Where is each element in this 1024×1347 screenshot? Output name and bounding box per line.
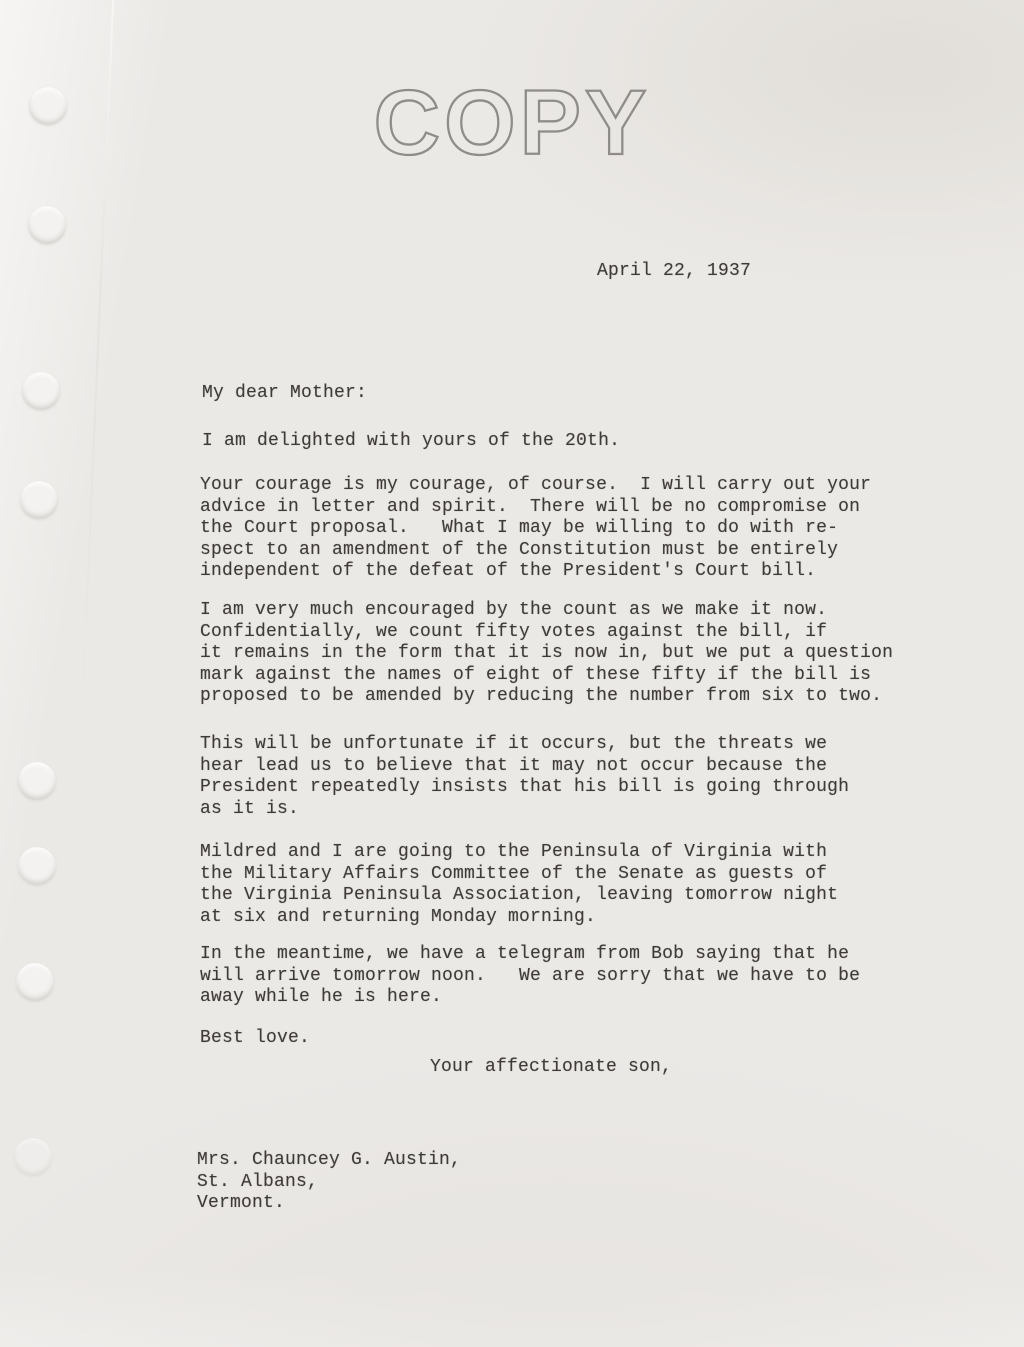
paragraph-count: I am very much encouraged by the count a… bbox=[200, 600, 893, 708]
recipient-state: Vermont. bbox=[197, 1193, 461, 1215]
letter-date: April 22, 1937 bbox=[597, 261, 751, 283]
salutation: My dear Mother: bbox=[202, 383, 367, 405]
punch-hole bbox=[20, 481, 58, 519]
recipient-city: St. Albans, bbox=[197, 1172, 461, 1194]
paragraph-travel: Mildred and I are going to the Peninsula… bbox=[200, 842, 838, 928]
copy-stamp-text: COPY bbox=[374, 72, 651, 174]
letter-page: COPY April 22, 1937 My dear Mother: I am… bbox=[0, 0, 1024, 1347]
recipient-address: Mrs. Chauncey G. Austin, St. Albans, Ver… bbox=[197, 1150, 461, 1215]
punch-hole bbox=[18, 847, 56, 885]
punch-hole bbox=[14, 1138, 52, 1176]
punch-hole bbox=[29, 87, 67, 125]
paragraph-delighted: I am delighted with yours of the 20th. bbox=[202, 431, 620, 453]
paragraph-courage: Your courage is my courage, of course. I… bbox=[200, 475, 871, 583]
paper-crease bbox=[80, 0, 114, 739]
signoff: Best love. bbox=[200, 1028, 310, 1050]
paragraph-telegram: In the meantime, we have a telegram from… bbox=[200, 944, 860, 1009]
paragraph-unfortunate: This will be unfortunate if it occurs, b… bbox=[200, 734, 849, 820]
punch-hole bbox=[18, 762, 56, 800]
punch-hole bbox=[22, 372, 60, 410]
copy-stamp: COPY bbox=[347, 72, 677, 176]
punch-hole bbox=[16, 963, 54, 1001]
recipient-name: Mrs. Chauncey G. Austin, bbox=[197, 1150, 461, 1172]
valediction: Your affectionate son, bbox=[430, 1057, 672, 1079]
punch-hole bbox=[28, 206, 66, 244]
